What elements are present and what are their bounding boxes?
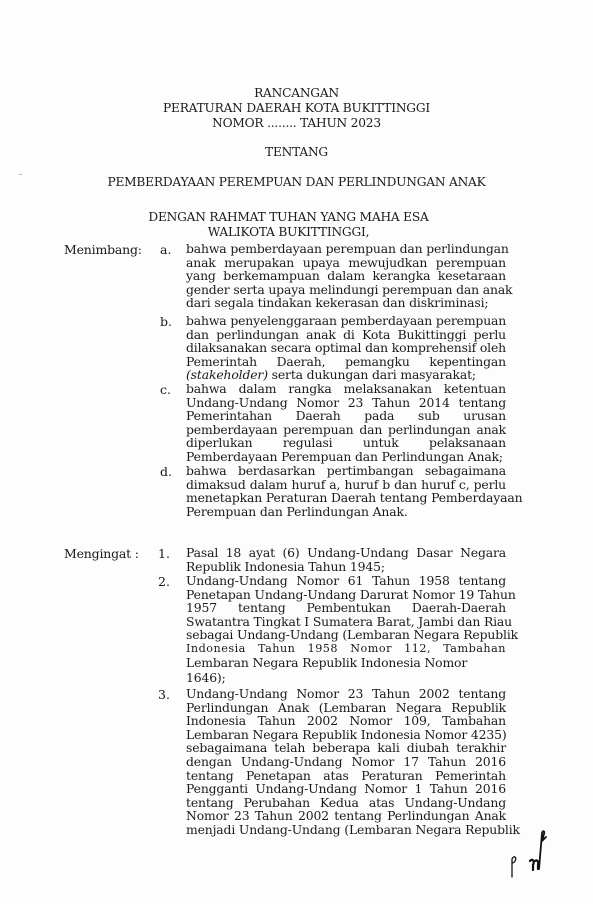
- text-line: pemberdayaan perempuan dan perlindungan …: [186, 423, 506, 437]
- mengingat-marker-1: 1.: [158, 546, 170, 561]
- mengingat-item-3: Undang-Undang Nomor 23 Tahun 2002 tentan…: [186, 687, 506, 837]
- menimbang-marker-b: b.: [160, 314, 172, 329]
- text-line: diperlukan regulasi untuk pelaksanaan: [186, 436, 506, 450]
- preamble-blessing: DENGAN RAHMAT TUHAN YANG MAHA ESA: [0, 210, 585, 224]
- text-line: Pemerintahan Daerah pada sub urusan: [186, 409, 506, 423]
- mengingat-item-1: Pasal 18 ayat (6) Undang-Undang Dasar Ne…: [186, 546, 506, 573]
- text-line: Lembaran Negara Republik Indonesia Nomor: [186, 656, 478, 670]
- text-line: sebagaimana telah beberapa kali diubah t…: [186, 741, 506, 755]
- mengingat-marker-3: 3.: [158, 687, 170, 702]
- menimbang-item-c: bahwa dalam rangka melaksanakan ketentua…: [186, 382, 506, 464]
- text-line: dilaksanakan secara optimal dan komprehe…: [186, 341, 506, 355]
- text-line: bahwa pemberdayaan perempuan dan perlind…: [186, 242, 506, 256]
- text-line: Pemerintah Daerah, pemangku kepentingan: [186, 355, 506, 369]
- draft-label: RANCANGAN: [0, 86, 593, 100]
- text-line: Lembaran Negara Republik Indonesia Nomor…: [186, 728, 506, 742]
- regulation-number: NOMOR ........ TAHUN 2023: [0, 116, 593, 130]
- text-line: yang berkemampuan dalam kerangka kesetar…: [186, 269, 506, 283]
- text-line: Nomor 23 Tahun 2002 tentang Perlindungan…: [186, 809, 506, 823]
- mengingat-marker-2: 2.: [158, 574, 170, 589]
- text-line: Swatantra Tingkat I Sumatera Barat, Jamb…: [186, 615, 506, 629]
- preamble-mayor: WALIKOTA BUKITTINGGI,: [0, 225, 585, 239]
- mengingat-item-2: Undang-Undang Nomor 61 Tahun 1958 tentan…: [186, 574, 506, 685]
- text-line: Perempuan dan Perlindungan Anak.: [186, 505, 506, 519]
- text-line: Pengganti Undang-Undang Nomor 1 Tahun 20…: [186, 782, 506, 796]
- menimbang-marker-a: a.: [160, 242, 171, 257]
- document-page: RANCANGAN PERATURAN DAERAH KOTA BUKITTIN…: [0, 0, 593, 904]
- text-line: menetapkan Peraturan Daerah tentang Pemb…: [186, 491, 506, 505]
- text-line: menjadi Undang-Undang (Lembaran Negara R…: [186, 823, 506, 837]
- regulation-title: PERATURAN DAERAH KOTA BUKITTINGGI: [0, 101, 593, 115]
- menimbang-item-b: bahwa penyelenggaraan pemberdayaan perem…: [186, 314, 506, 382]
- text-line: bahwa penyelenggaraan pemberdayaan perem…: [186, 314, 506, 328]
- menimbang-label: Menimbang:: [64, 242, 142, 257]
- menimbang-marker-c: c.: [160, 382, 171, 397]
- text-line: Undang-Undang Nomor 23 Tahun 2002 tentan…: [186, 687, 506, 701]
- menimbang-item-d: bahwa berdasarkan pertimbangan sebagaima…: [186, 464, 506, 518]
- text-line: Undang-Undang Nomor 61 Tahun 1958 tentan…: [186, 574, 506, 588]
- text-line: anak merupakan upaya mewujudkan perempua…: [186, 256, 506, 270]
- text-line: sebagai Undang-Undang (Lembaran Negara R…: [186, 628, 506, 642]
- text-line: dimaksud dalam huruf a, huruf b dan huru…: [186, 478, 506, 492]
- tentang-heading: TENTANG: [0, 145, 593, 159]
- text-line: bahwa berdasarkan pertimbangan sebagaima…: [186, 464, 506, 478]
- subject-title: PEMBERDAYAAN PEREMPUAN DAN PERLINDUNGAN …: [0, 175, 593, 189]
- text-line: dan perlindungan anak di Kota Bukittingg…: [186, 328, 506, 342]
- text-line: Undang-Undang Nomor 23 Tahun 2014 tentan…: [186, 396, 506, 410]
- text-line: gender serta upaya melindungi perempuan …: [186, 283, 506, 297]
- text-line: dari segala tindakan kekerasan dan diskr…: [186, 296, 506, 310]
- initials-signature-mark: [506, 825, 556, 885]
- text-line: Pasal 18 ayat (6) Undang-Undang Dasar Ne…: [186, 546, 506, 560]
- text-line: Pemberdayaan Perempuan dan Perlindungan …: [186, 450, 506, 464]
- text-line: Perlindungan Anak (Lembaran Negara Repub…: [186, 701, 506, 715]
- text-line: Penetapan Undang-Undang Darurat Nomor 19…: [186, 588, 506, 602]
- text-line: Indonesia Tahun 2002 Nomor 109, Tambahan: [186, 714, 506, 728]
- text-line: dengan Undang-Undang Nomor 17 Tahun 2016: [186, 755, 506, 769]
- text-line: bahwa dalam rangka melaksanakan ketentua…: [186, 382, 506, 396]
- menimbang-item-a: bahwa pemberdayaan perempuan dan perlind…: [186, 242, 506, 310]
- text-line: (stakeholder) serta dukungan dari masyar…: [186, 368, 506, 382]
- scan-speck: [19, 174, 22, 175]
- text-line: tentang Penetapan atas Peraturan Pemerin…: [186, 769, 506, 783]
- text-line: Republik Indonesia Tahun 1945;: [186, 560, 506, 574]
- text-line: tentang Perubahan Kedua atas Undang-Unda…: [186, 796, 506, 810]
- text-line: Indonesia Tahun 1958 Nomor 112, Tambahan: [186, 642, 506, 656]
- text-line: 1646);: [186, 671, 506, 685]
- menimbang-marker-d: d.: [160, 464, 172, 479]
- text-line: 1957 tentang Pembentukan Daerah-Daerah: [186, 601, 506, 615]
- mengingat-label: Mengingat :: [64, 546, 139, 561]
